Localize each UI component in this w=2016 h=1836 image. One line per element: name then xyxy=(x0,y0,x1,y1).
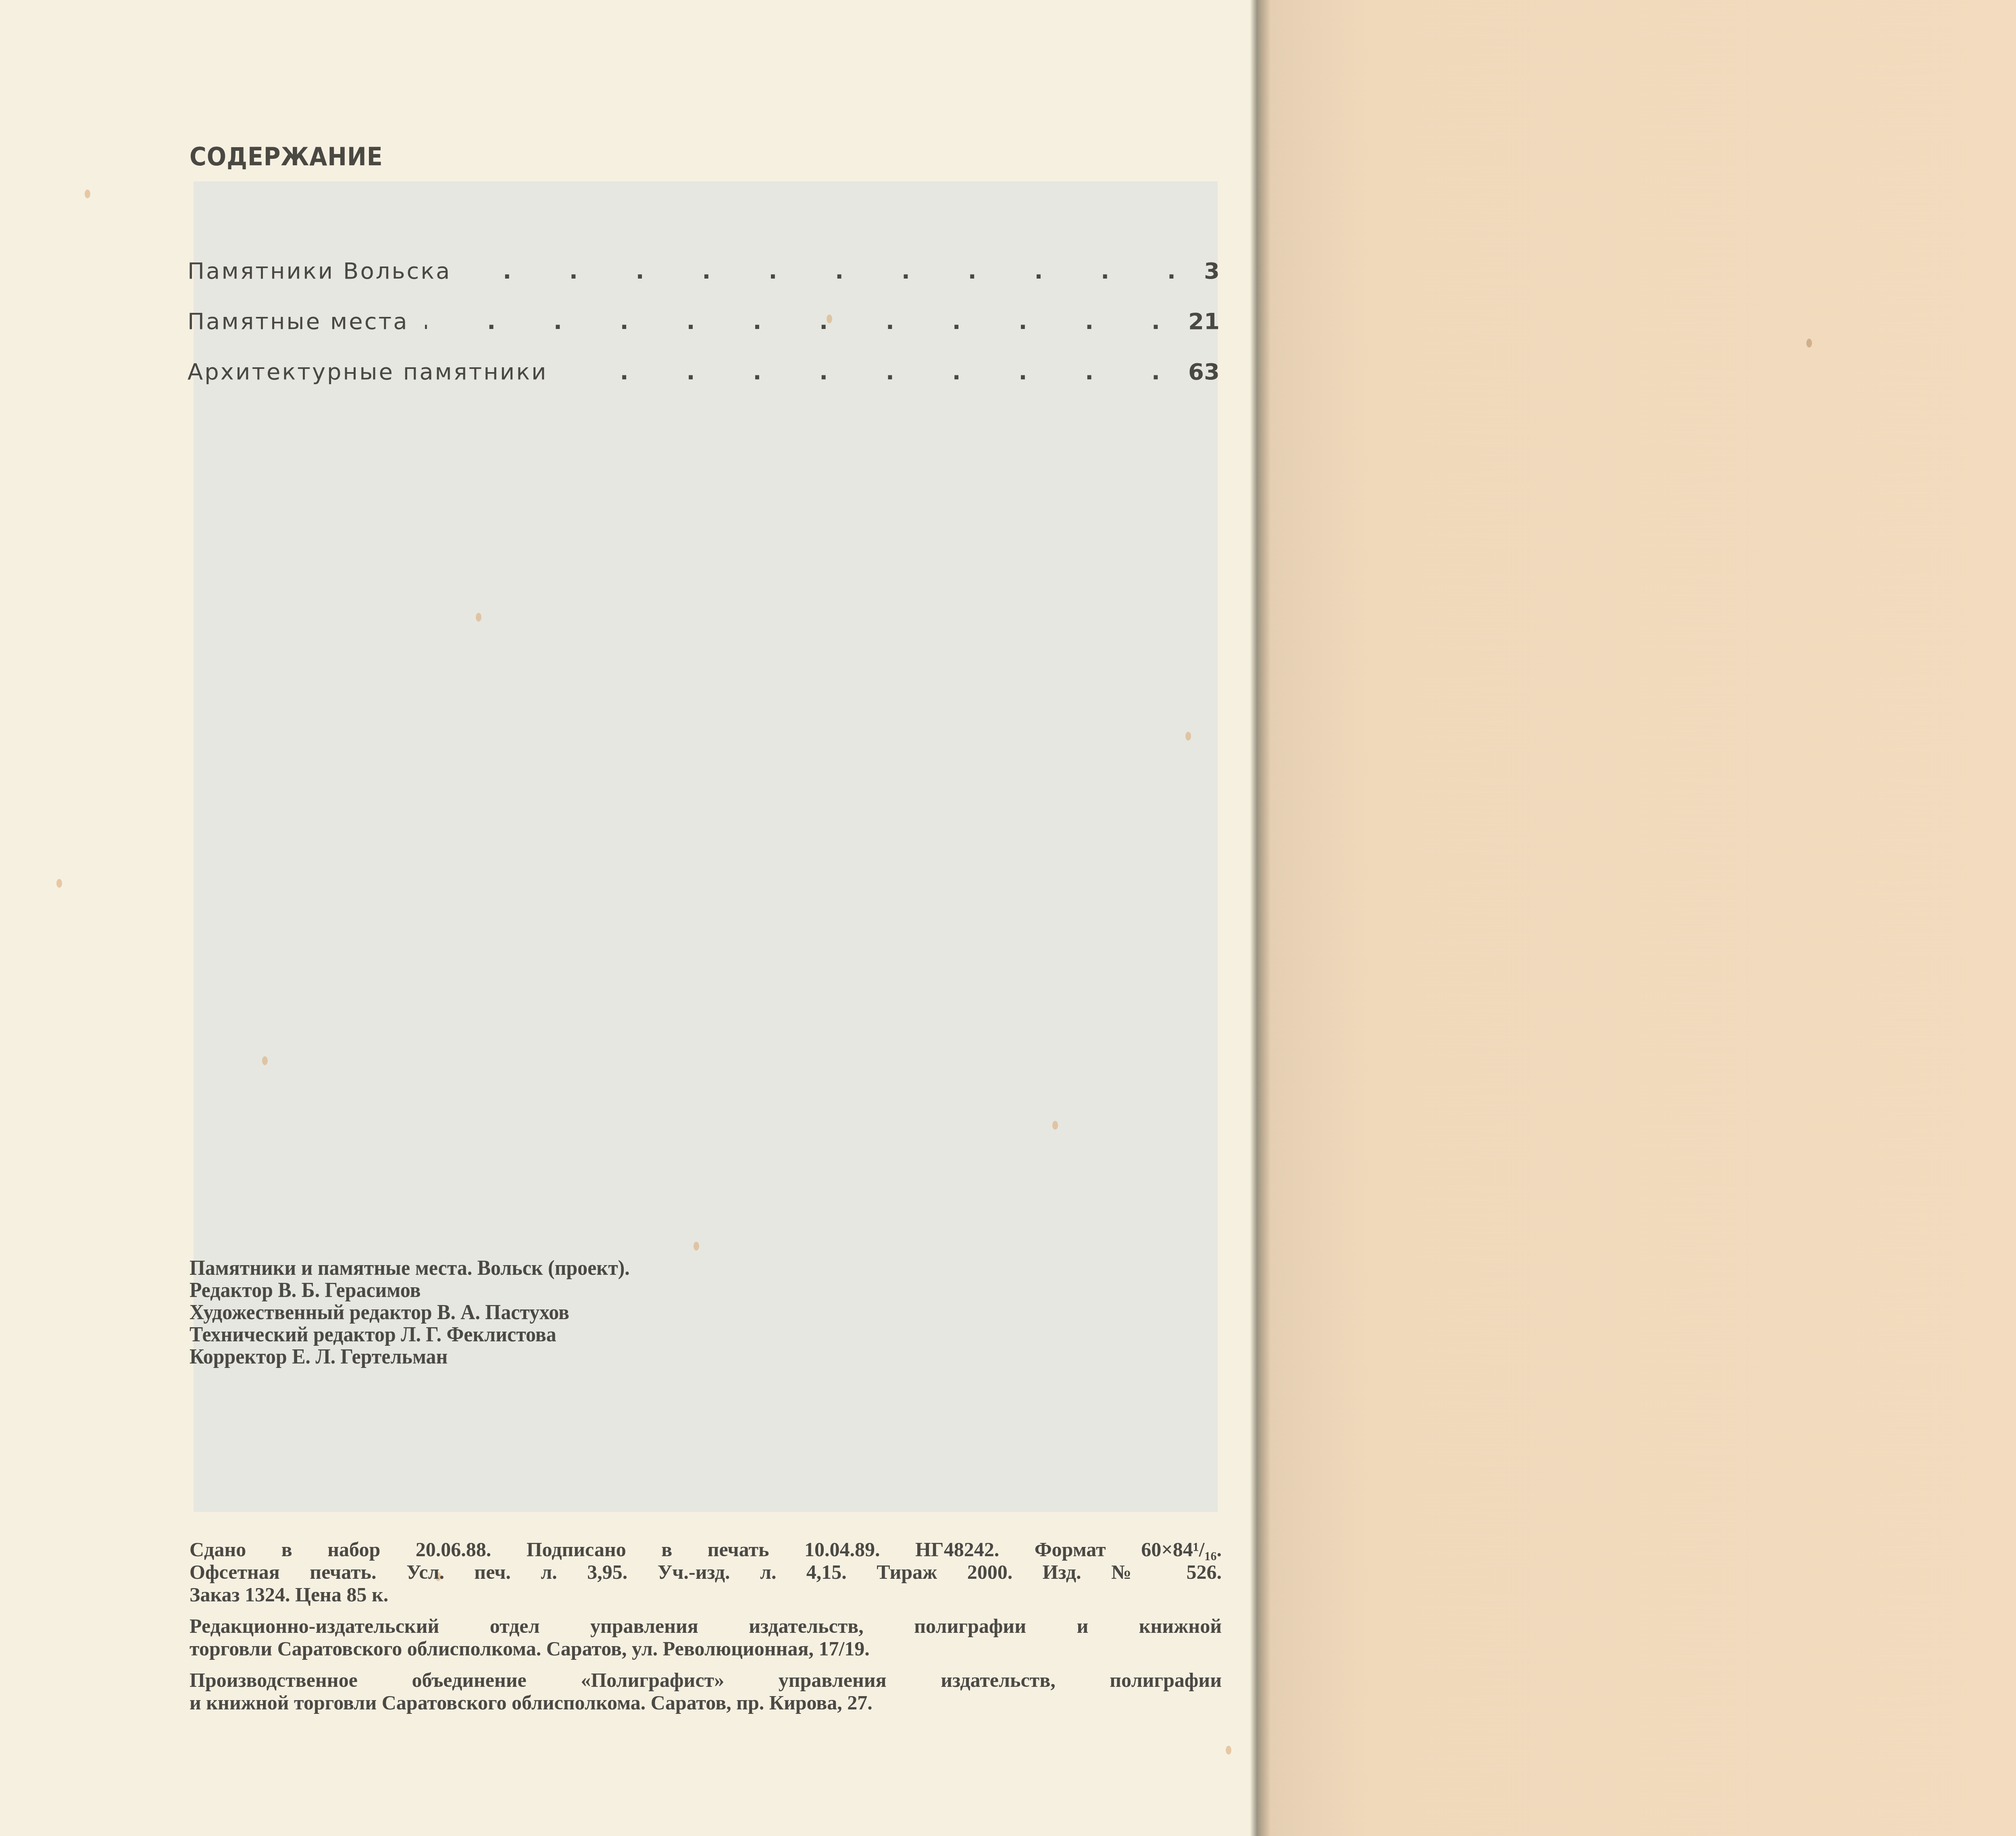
printer-paragraph: Производственное объединение «Полиграфис… xyxy=(190,1669,1222,1714)
printer-line: и книжной торговли Саратовского облиспол… xyxy=(190,1691,1222,1714)
toc-entry-label: Памятники Вольска xyxy=(187,258,451,284)
print-info-paragraph: Сдано в набор 20.06.88. Подписано в печа… xyxy=(190,1538,1222,1606)
table-of-contents: Памятники Вольска . . . . . . . . . . . … xyxy=(187,258,1220,409)
editor-line: Редактор В. Б. Герасимов xyxy=(190,1279,630,1301)
technical-editor-line: Технический редактор Л. Г. Феклистова xyxy=(190,1324,630,1346)
foxing-speck xyxy=(85,189,90,198)
imprint-credits: Памятники и памятные места. Вольск (прое… xyxy=(190,1257,630,1368)
toc-entry-label: Архитектурные памятники xyxy=(187,359,548,385)
foxing-speck xyxy=(476,613,481,622)
foxing-speck xyxy=(1052,1121,1058,1130)
proofreader-line: Корректор Е. Л. Гертельман xyxy=(190,1346,630,1368)
publisher-line: Редакционно-издательский отдел управлени… xyxy=(190,1615,1222,1637)
art-editor-line: Художественный редактор В. А. Пастухов xyxy=(190,1301,630,1324)
toc-entry-label: Памятные места xyxy=(187,308,409,335)
foxing-speck xyxy=(56,879,62,888)
foxing-speck xyxy=(262,1056,268,1065)
toc-dot-leader: . . . . . . . . . . . . . . xyxy=(467,258,1201,284)
foxing-speck xyxy=(694,1242,699,1251)
right-page-blank xyxy=(1270,0,2016,1836)
toc-page-number: 3 xyxy=(1204,258,1220,284)
left-page: СОДЕРЖАНИЕ Памятники Вольска . . . . . .… xyxy=(0,0,1266,1836)
printer-line: Производственное объединение «Полиграфис… xyxy=(190,1669,1222,1691)
print-info-line: Сдано в набор 20.06.88. Подписано в печа… xyxy=(190,1538,1222,1561)
publication-details: Сдано в набор 20.06.88. Подписано в печа… xyxy=(190,1538,1222,1723)
print-info-line: Офсетная печать. Усл. печ. л. 3,95. Уч.-… xyxy=(190,1561,1222,1583)
toc-entry[interactable]: Архитектурные памятники . . . . . . . . … xyxy=(187,359,1220,409)
toc-entry[interactable]: Памятные места . . . . . . . . . . . . .… xyxy=(187,308,1220,359)
foxing-speck xyxy=(1185,732,1191,741)
publisher-line: торговли Саратовского облисполкома. Сара… xyxy=(190,1637,1222,1660)
toc-dot-leader: . . . . . . . . . . . . xyxy=(564,359,1185,385)
print-info-line: Заказ 1324. Цена 85 к. xyxy=(190,1583,1222,1606)
foxing-speck xyxy=(1806,339,1812,348)
toc-page-number: 63 xyxy=(1188,359,1220,385)
book-title-line: Памятники и памятные места. Вольск (прое… xyxy=(190,1257,630,1279)
toc-page-number: 21 xyxy=(1188,308,1220,335)
toc-entry[interactable]: Памятники Вольска . . . . . . . . . . . … xyxy=(187,258,1220,308)
publisher-paragraph: Редакционно-издательский отдел управлени… xyxy=(190,1615,1222,1660)
foxing-speck xyxy=(1226,1746,1231,1755)
book-spine-gutter xyxy=(1250,0,1270,1836)
toc-dot-leader: . . . . . . . . . . . . . . . . xyxy=(425,308,1185,335)
toc-heading: СОДЕРЖАНИЕ xyxy=(190,142,383,171)
